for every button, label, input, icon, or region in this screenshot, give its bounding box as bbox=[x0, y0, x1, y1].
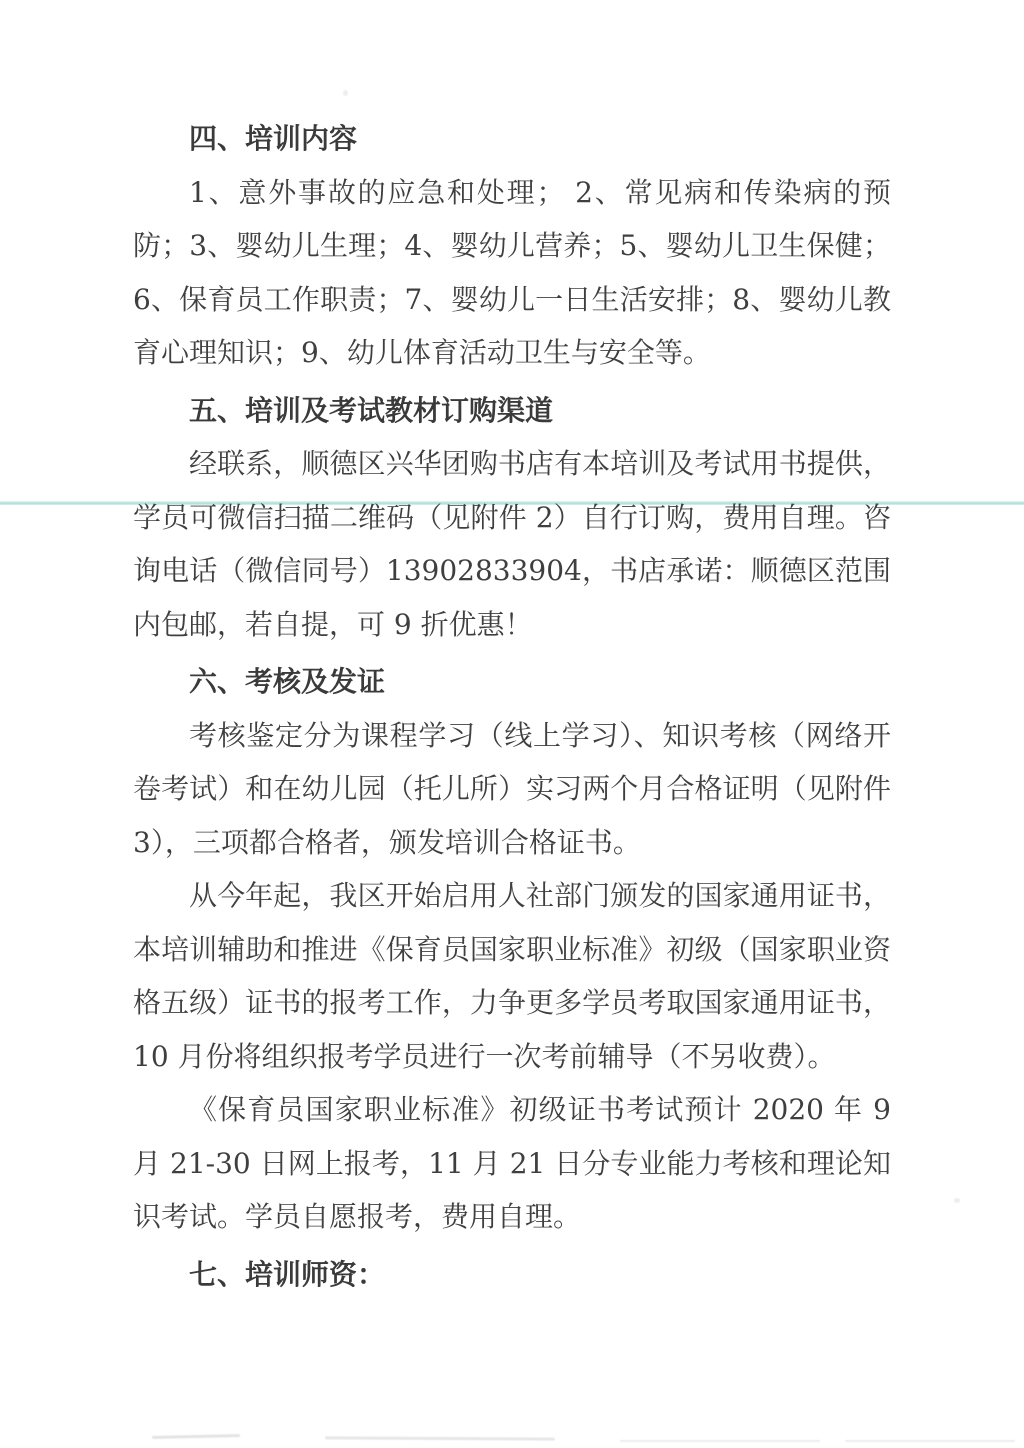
scan-artifact-streak bbox=[152, 1434, 240, 1439]
scan-artifact-streak bbox=[845, 1440, 1015, 1442]
paragraph-training-topics: 1、意外事故的应急和处理； 2、常见病和传染病的预防；3、婴幼儿生理；4、婴幼儿… bbox=[133, 166, 891, 380]
section-heading-assessment-certification: 六、考核及发证 bbox=[133, 655, 891, 709]
paragraph-bookstore-ordering: 经联系，顺德区兴华团购书店有本培训及考试用书提供，学员可微信扫描二维码（见附件 … bbox=[133, 437, 891, 651]
section-heading-training-faculty: 七、培训师资： bbox=[133, 1248, 891, 1302]
scanned-document-page: 四、培训内容 1、意外事故的应急和处理； 2、常见病和传染病的预防；3、婴幼儿生… bbox=[0, 0, 1024, 1448]
scan-artifact-streak bbox=[325, 1436, 555, 1440]
scan-artifact-speck bbox=[343, 90, 348, 96]
paragraph-national-certificate: 从今年起，我区开始启用人社部门颁发的国家通用证书，本培训辅助和推进《保育员国家职… bbox=[133, 869, 891, 1083]
scan-artifact-streak bbox=[620, 1440, 820, 1442]
document-content: 四、培训内容 1、意外事故的应急和处理； 2、常见病和传染病的预防；3、婴幼儿生… bbox=[133, 112, 891, 1301]
scan-artifact-speck bbox=[954, 1198, 960, 1203]
paragraph-assessment-components: 考核鉴定分为课程学习（线上学习）、知识考核（网络开卷考试）和在幼儿园（托儿所）实… bbox=[133, 709, 891, 870]
section-heading-textbook-ordering: 五、培训及考试教材订购渠道 bbox=[133, 384, 891, 438]
paragraph-exam-schedule: 《保育员国家职业标准》初级证书考试预计 2020 年 9 月 21-30 日网上… bbox=[133, 1083, 891, 1244]
section-heading-training-content: 四、培训内容 bbox=[133, 112, 891, 166]
